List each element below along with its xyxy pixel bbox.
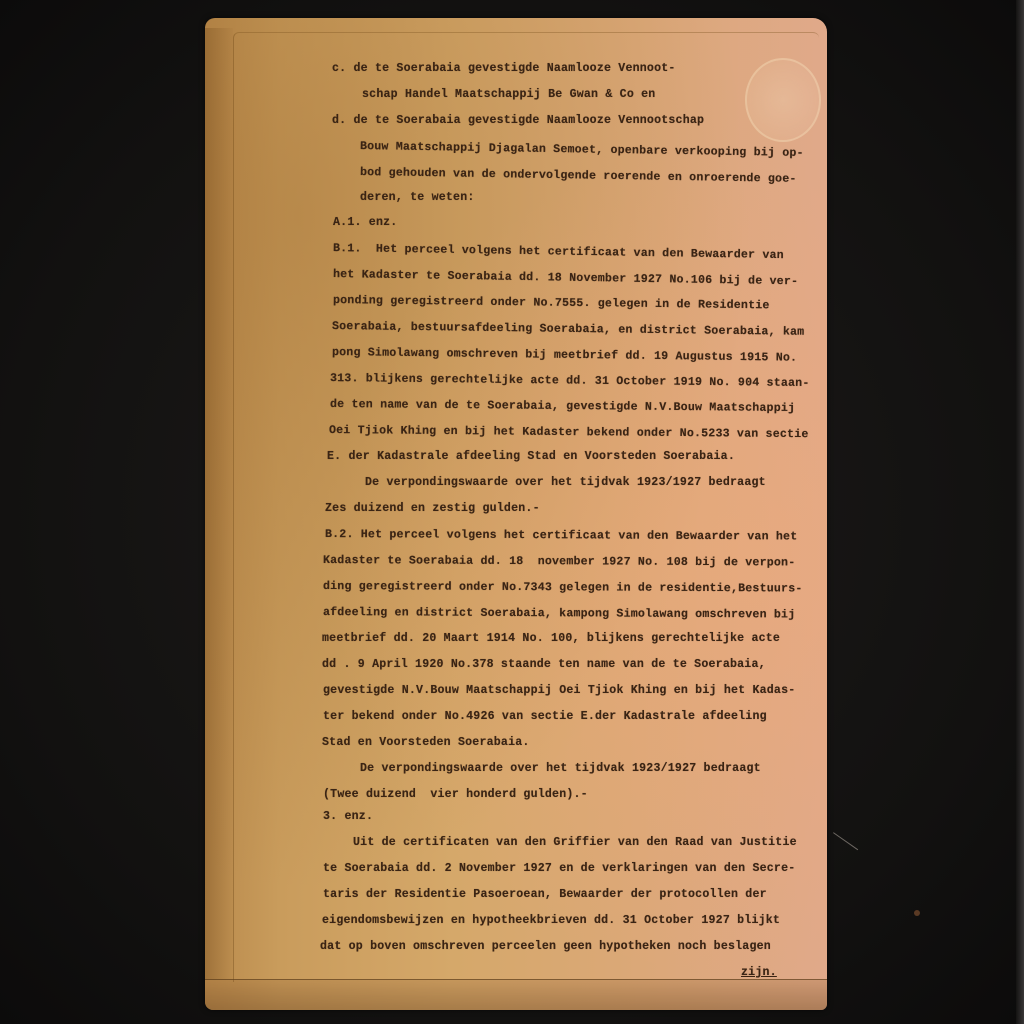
text-line: ponding geregistreerd onder No.7555. gel… (333, 294, 770, 312)
text-line: c. de te Soerabaia gevestigde Naamlooze … (332, 62, 676, 75)
text-line: De verpondingswaarde over het tijdvak 19… (360, 762, 761, 775)
text-line: bod gehouden van de ondervolgende roeren… (360, 166, 797, 186)
text-line: gevestigde N.V.Bouw Maatschappij Oei Tji… (323, 684, 795, 697)
text-line: Soerabaia, bestuursafdeeling Soerabaia, … (332, 320, 805, 339)
text-line: zijn. (741, 966, 777, 979)
text-line: dd . 9 April 1920 No.378 staande ten nam… (322, 658, 766, 671)
text-line: 3. enz. (323, 810, 373, 823)
dust-speck (914, 910, 920, 916)
text-line: (Twee duizend vier honderd gulden).- (323, 788, 588, 801)
text-line: Zes duizend en zestig gulden.- (325, 502, 540, 515)
text-line: E. der Kadastrale afdeeling Stad en Voor… (327, 450, 735, 463)
background-edge (1016, 0, 1024, 1024)
text-line: dat op boven omschreven perceelen geen h… (320, 940, 771, 953)
text-line: ding geregistreerd onder No.7343 gelegen… (323, 580, 803, 596)
text-line: Oei Tjiok Khing en bij het Kadaster beke… (329, 424, 809, 441)
text-line: afdeeling en district Soerabaia, kampong… (323, 606, 795, 621)
typewritten-text: c. de te Soerabaia gevestigde Naamlooze … (205, 18, 827, 1010)
text-line: d. de te Soerabaia gevestigde Naamlooze … (332, 114, 704, 127)
text-line: schap Handel Maatschappij Be Gwan & Co e… (362, 88, 655, 101)
document-page: c. de te Soerabaia gevestigde Naamlooze … (205, 18, 827, 1010)
text-line: eigendomsbewijzen en hypotheekbrieven dd… (322, 914, 780, 927)
text-line: 313. blijkens gerechtelijke acte dd. 31 … (330, 372, 810, 390)
text-line: ter bekend onder No.4926 van sectie E.de… (323, 710, 767, 723)
text-line: pong Simolawang omschreven bij meetbrief… (332, 346, 797, 365)
text-line: Stad en Voorsteden Soerabaia. (322, 736, 530, 749)
text-line: deren, te weten: (360, 191, 475, 204)
text-line: Bouw Maatschappij Djagalan Semoet, openb… (360, 140, 804, 160)
text-line: Uit de certificaten van den Griffier van… (353, 836, 797, 849)
text-line: B.2. Het perceel volgens het certificaat… (325, 528, 797, 543)
text-line: de ten name van de te Soerabaia, gevesti… (330, 398, 795, 415)
text-line: taris der Residentie Pasoeroean, Bewaard… (323, 888, 767, 901)
text-line: meetbrief dd. 20 Maart 1914 No. 100, bli… (322, 632, 780, 645)
text-line: A.1. enz. (333, 216, 397, 229)
text-line: B.1. Het perceel volgens het certificaat… (333, 242, 784, 262)
text-line: te Soerabaia dd. 2 November 1927 en de v… (323, 862, 795, 875)
text-line: De verpondingswaarde over het tijdvak 19… (365, 476, 766, 489)
text-line: Kadaster te Soerabaia dd. 18 november 19… (323, 554, 795, 569)
text-line: het Kadaster te Soerabaia dd. 18 Novembe… (333, 268, 798, 288)
